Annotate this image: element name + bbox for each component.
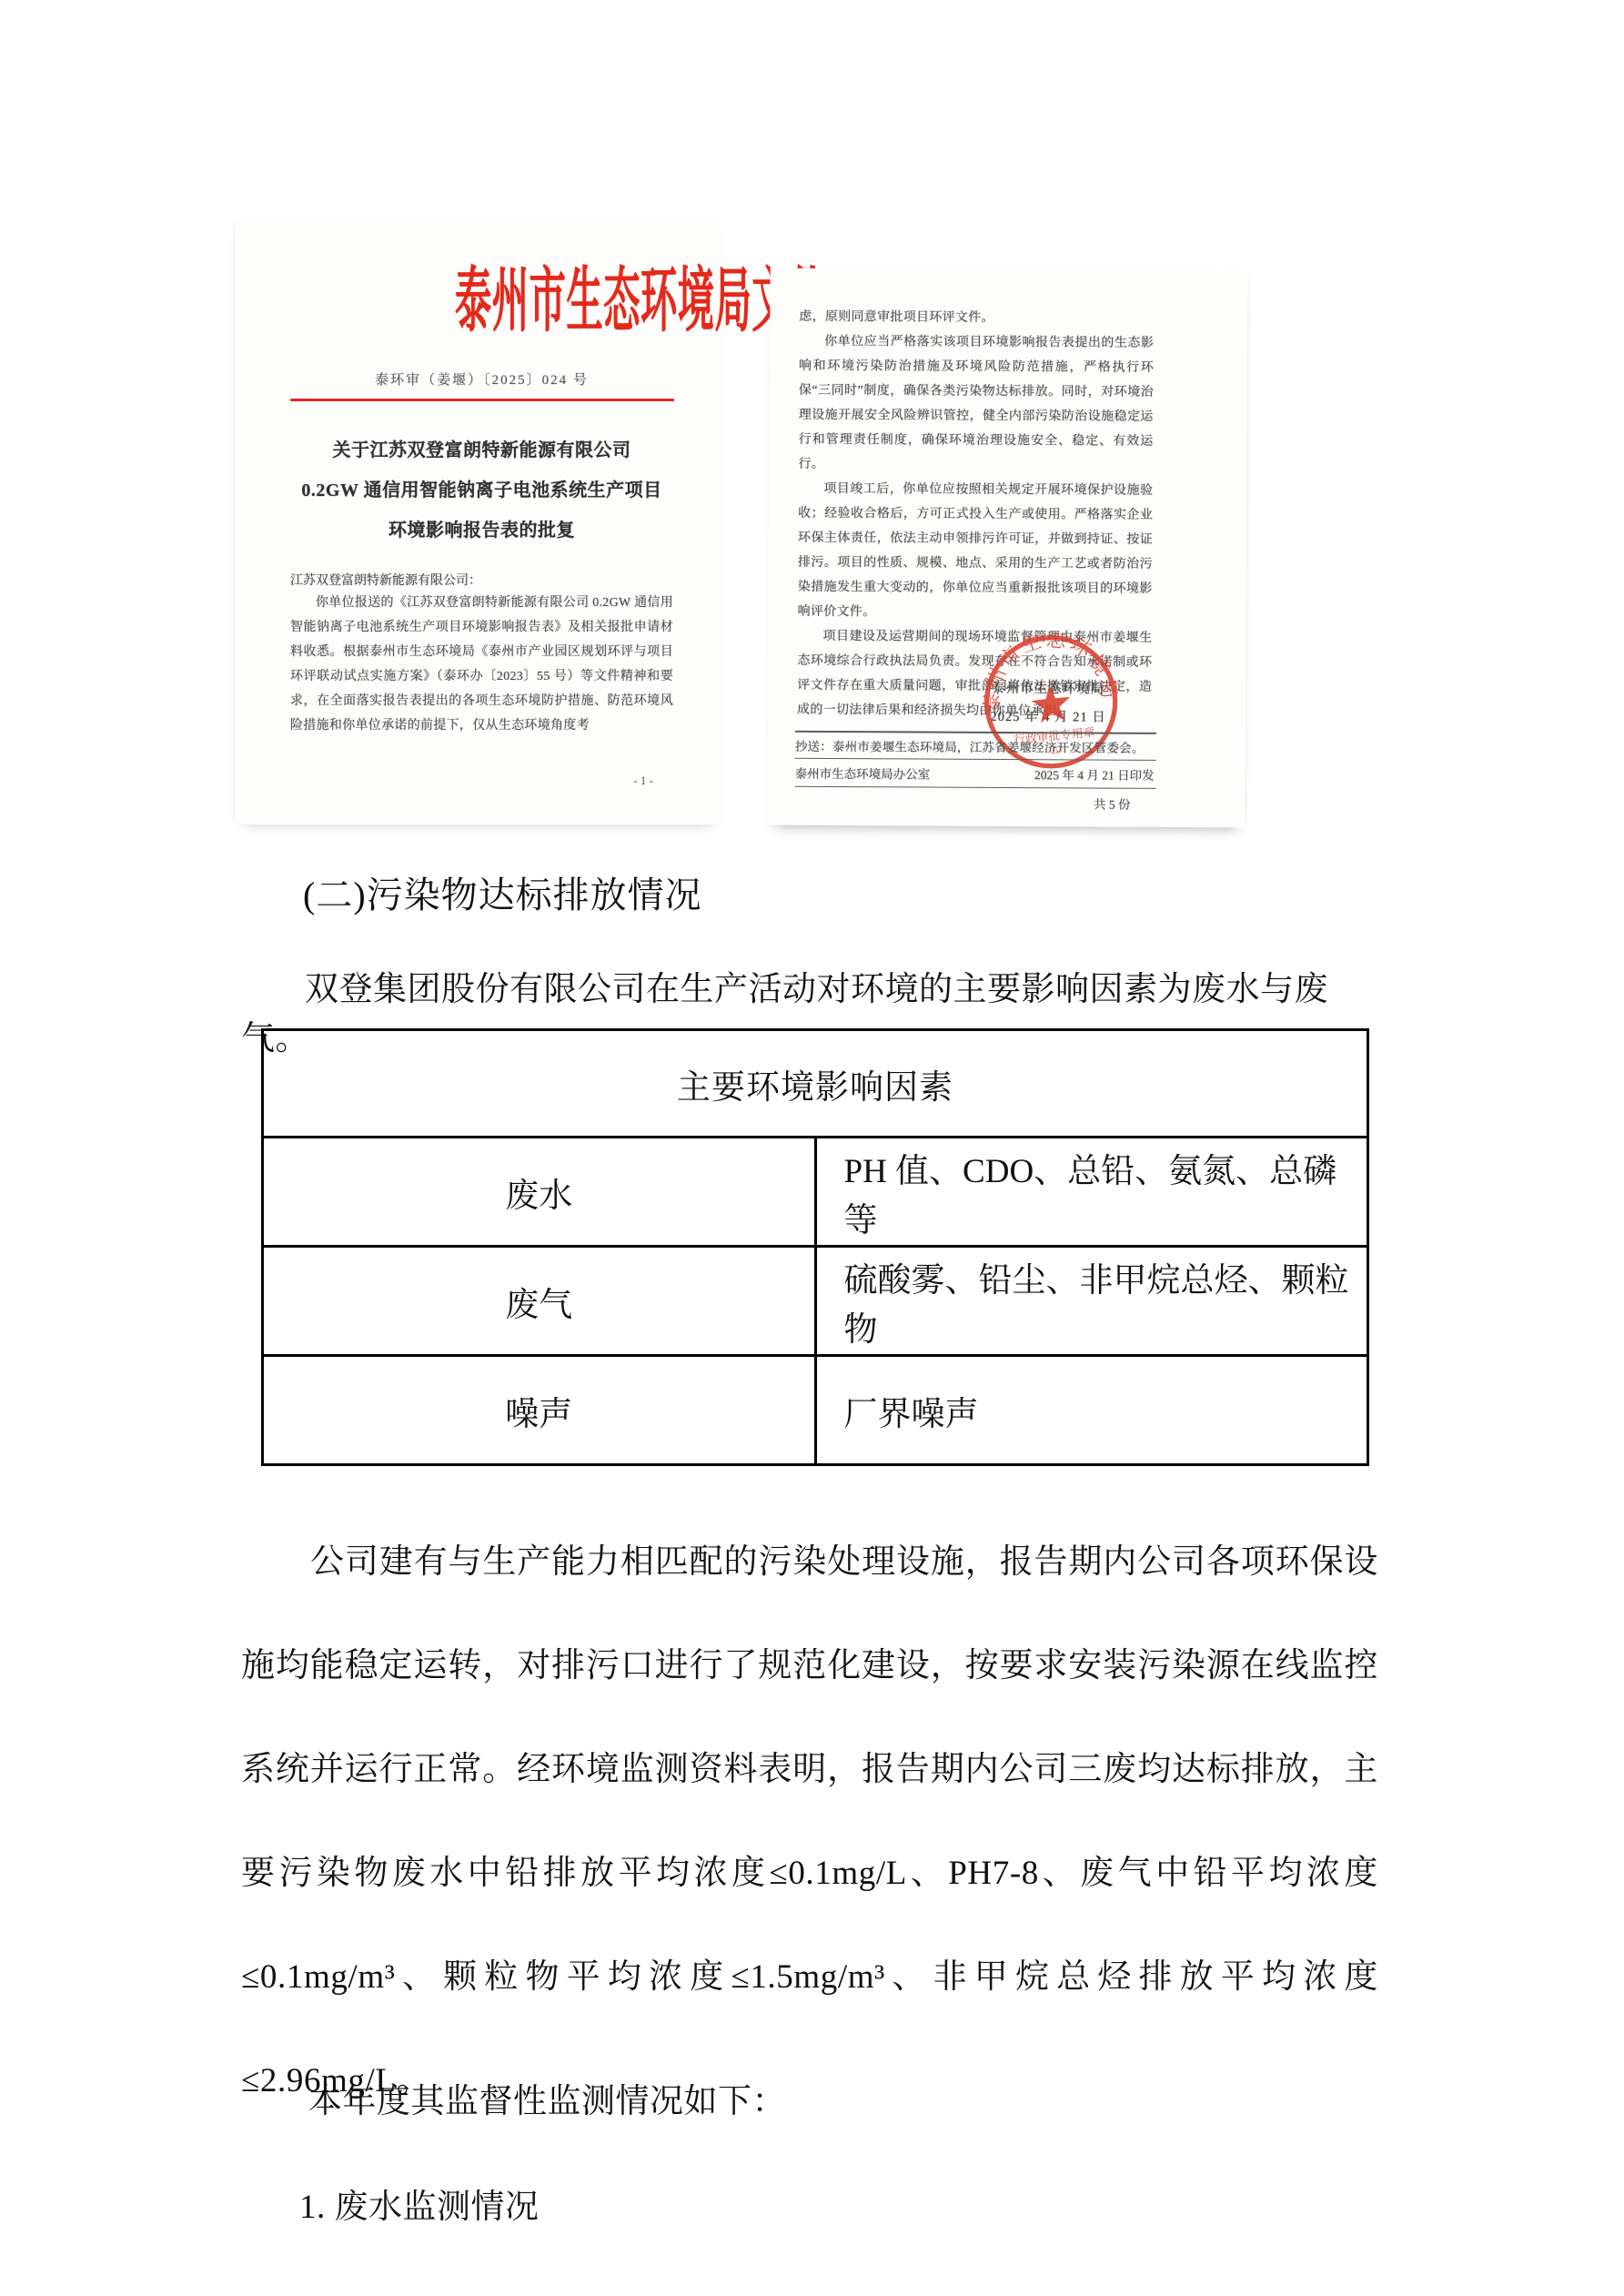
monitoring-intro-line: 本年度其监督性监测情况如下： bbox=[241, 2073, 1378, 2122]
approval-title-line-1: 关于江苏双登富朗特新能源有限公司 bbox=[290, 430, 673, 470]
scan-right-paragraph-3: 项目竣工后，你单位应按照相关规定开展环境保护设施验收；经验收合格后，方可正式投入… bbox=[798, 477, 1154, 626]
table-title: 主要环境影响因素 bbox=[263, 1030, 1368, 1138]
copies-count: 共 5 份 bbox=[794, 787, 1155, 813]
scan-page-1: 泰州市生态环境局文件 泰环审（姜堰）〔2025〕024 号 关于江苏双登富朗特新… bbox=[235, 217, 721, 824]
section-heading: (二)污染物达标排放情况 bbox=[303, 866, 702, 918]
cc-line: 抄送：泰州市姜堰生态环境局，江苏省姜堰经济开发区管委会。 bbox=[795, 731, 1156, 760]
print-info-row: 泰州市生态环境局办公室 2025 年 4 月 21 日印发 bbox=[795, 758, 1156, 789]
page-number: - 1 - bbox=[235, 774, 653, 788]
scan-left-body-paragraph: 你单位报送的《江苏双登富朗特新能源有限公司 0.2GW 通信用智能钠离子电池系统… bbox=[290, 591, 673, 738]
table-row: 废气 硫酸雾、铅尘、非甲烷总烃、颗粒物 bbox=[263, 1247, 1368, 1356]
category-cell: 废气 bbox=[263, 1247, 816, 1356]
impact-factors-table: 主要环境影响因素 废水 PH 值、CDO、总铅、氨氮、总磷等 废气 硫酸雾、铅尘… bbox=[261, 1028, 1369, 1466]
seal-star-icon bbox=[1030, 683, 1073, 723]
list-item-wastewater-monitoring: 1. 废水监测情况 bbox=[241, 2179, 1378, 2228]
table-row: 废水 PH 值、CDO、总铅、氨氮、总磷等 bbox=[263, 1138, 1368, 1247]
factors-cell: PH 值、CDO、总铅、氨氮、总磷等 bbox=[815, 1138, 1368, 1247]
compliance-paragraph: 公司建有与生产能力相匹配的污染处理设施，报告期内公司各项环保设施均能稳定运转，对… bbox=[241, 1511, 1378, 2133]
approval-title-line-3: 环境影响报告表的批复 bbox=[290, 511, 673, 551]
red-divider bbox=[290, 399, 674, 401]
approval-title: 关于江苏双登富朗特新能源有限公司 0.2GW 通信用智能钠离子电池系统生产项目 … bbox=[290, 430, 673, 551]
scan-page-2: 虑，原则同意审批项目环评文件。 你单位应当严格落实该项目环境影响报告表提出的生态… bbox=[767, 268, 1247, 828]
document-footer: 抄送：泰州市姜堰生态环境局，江苏省姜堰经济开发区管委会。 泰州市生态环境局办公室… bbox=[794, 731, 1155, 813]
table-row: 噪声 厂界噪声 bbox=[263, 1356, 1368, 1465]
category-cell: 废水 bbox=[263, 1138, 816, 1247]
issuing-office: 泰州市生态环境局办公室 bbox=[795, 764, 931, 783]
page-canvas: 泰州市生态环境局文件 泰环审（姜堰）〔2025〕024 号 关于江苏双登富朗特新… bbox=[0, 0, 1624, 2296]
factors-cell: 厂界噪声 bbox=[815, 1356, 1368, 1465]
factors-cell: 硫酸雾、铅尘、非甲烷总烃、颗粒物 bbox=[815, 1247, 1368, 1356]
table-header-row: 主要环境影响因素 bbox=[263, 1030, 1368, 1138]
scan-right-paragraph-2: 你单位应当严格落实该项目环境影响报告表提出的生态影响和环境污染防治措施及环境风险… bbox=[798, 329, 1154, 479]
category-cell: 噪声 bbox=[263, 1356, 816, 1465]
document-number: 泰环审（姜堰）〔2025〕024 号 bbox=[290, 369, 673, 389]
print-date: 2025 年 4 月 21 日印发 bbox=[1034, 764, 1155, 784]
salutation-line: 江苏双登富朗特新能源有限公司： bbox=[290, 571, 673, 589]
scan-right-paragraph-1: 虑，原则同意审批项目环评文件。 bbox=[799, 305, 1154, 331]
approval-title-line-2: 0.2GW 通信用智能钠离子电池系统生产项目 bbox=[290, 470, 673, 511]
agency-letterhead: 泰州市生态环境局文件 bbox=[290, 244, 673, 320]
